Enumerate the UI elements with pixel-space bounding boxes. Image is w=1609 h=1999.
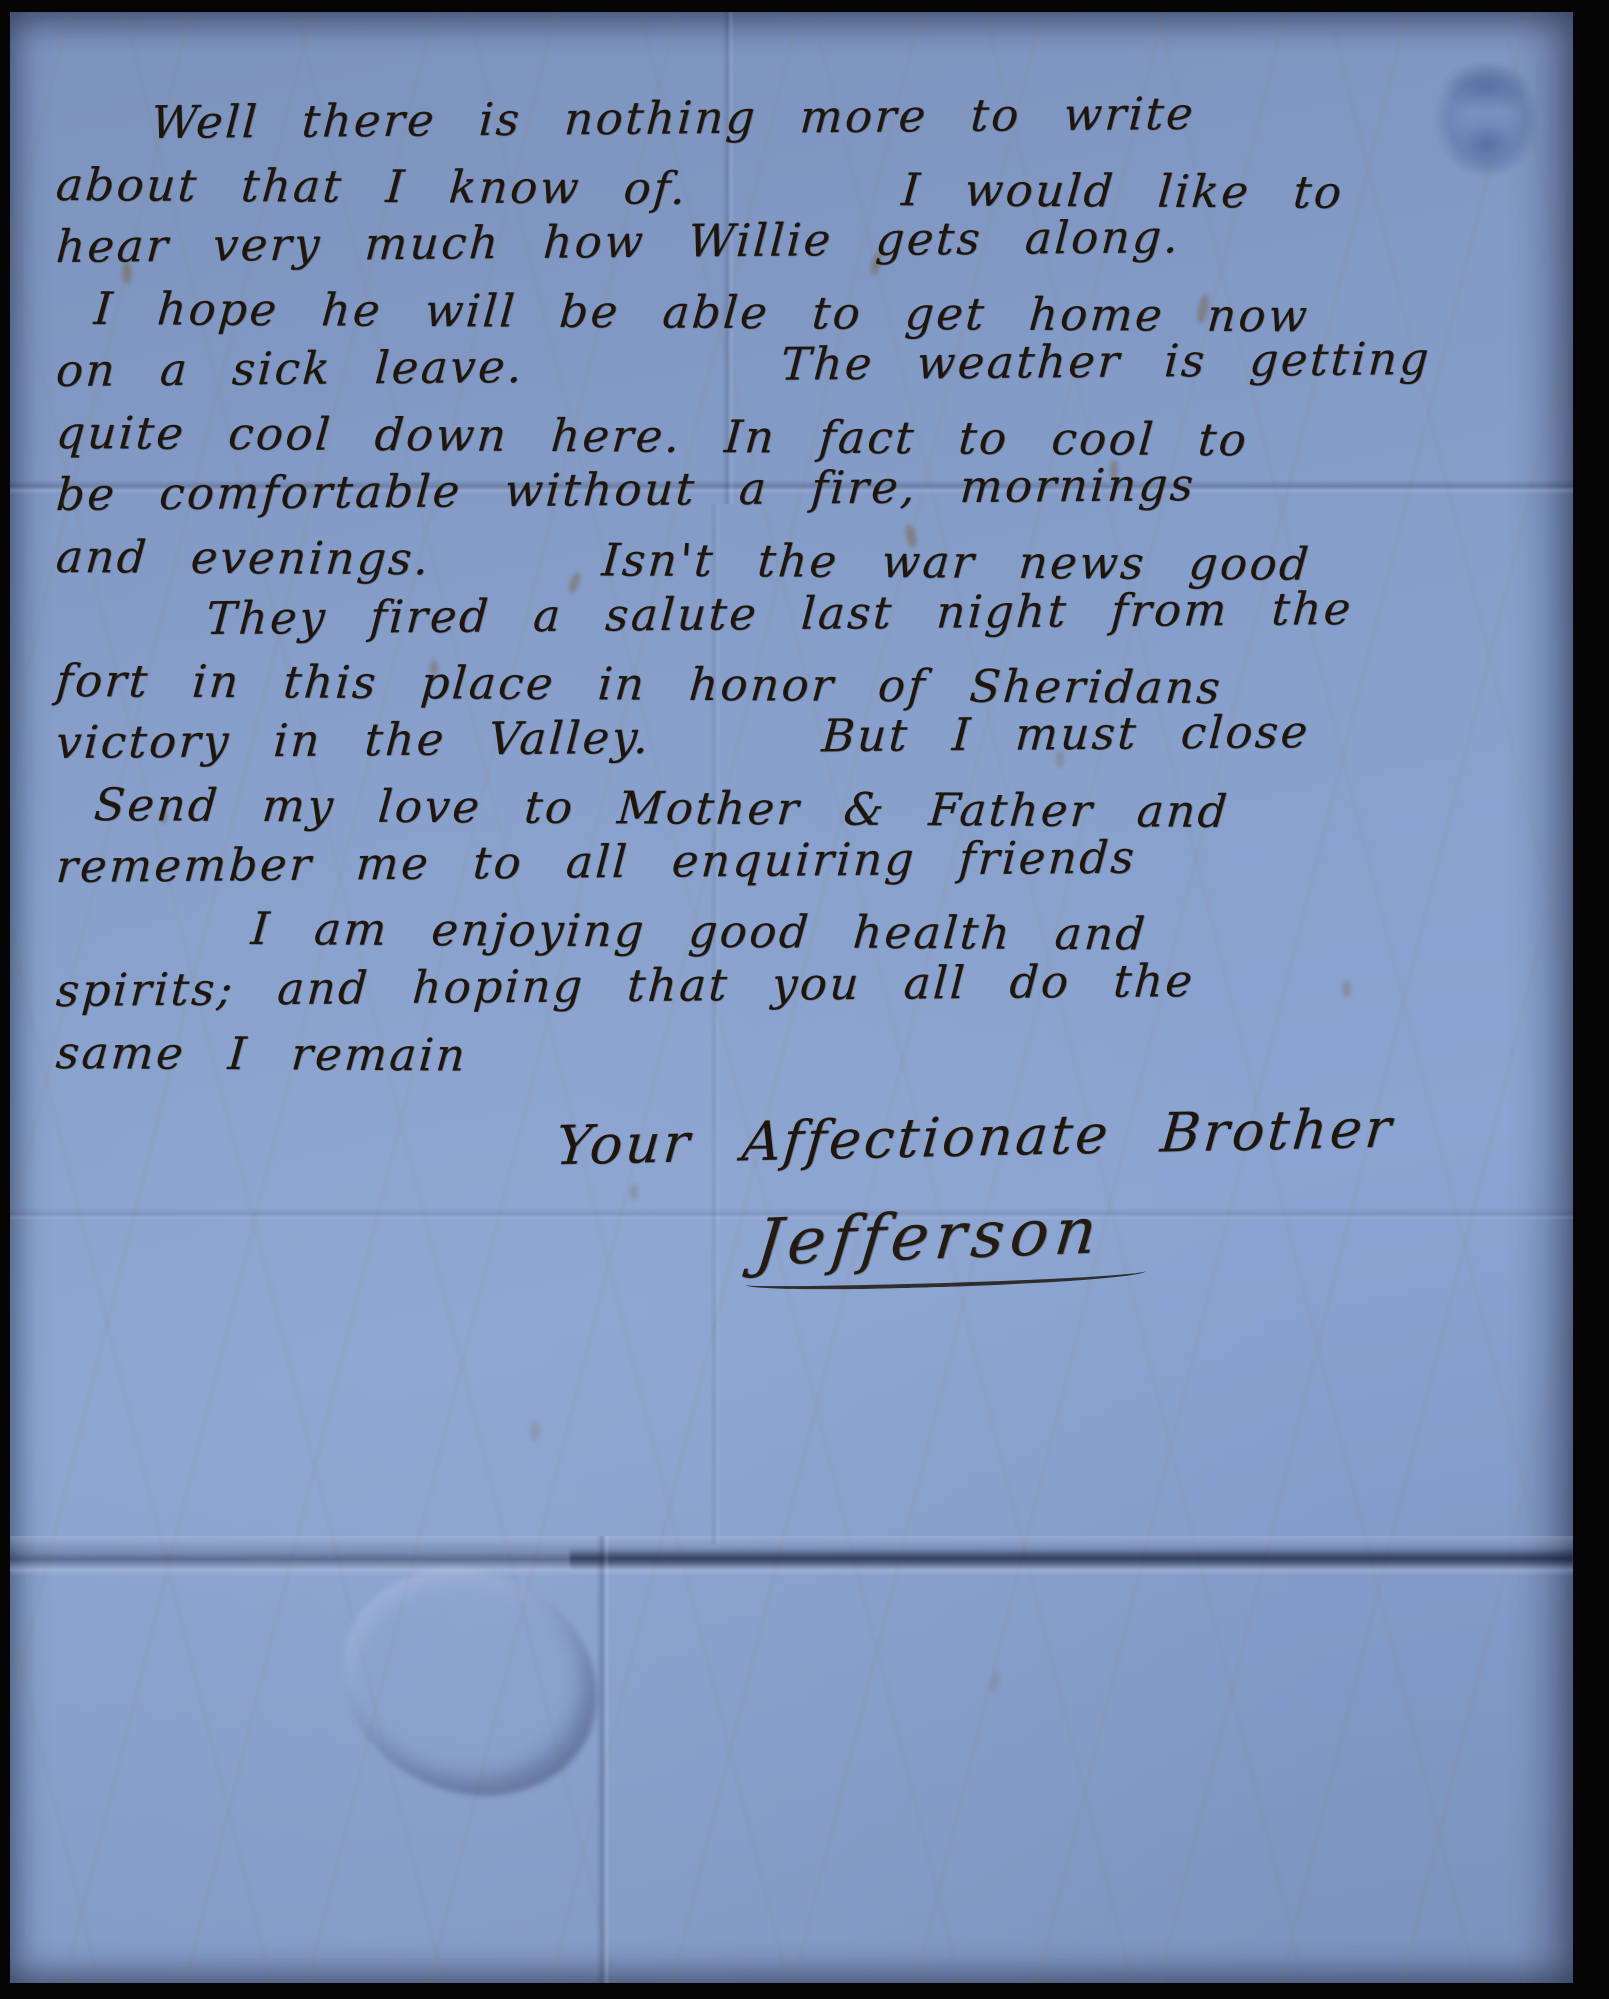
stain-mark — [530, 1420, 540, 1440]
letter-line: be comfortable without a fire, mornings — [54, 453, 1531, 528]
letter-page: Well there is nothing more to write abou… — [10, 12, 1573, 1983]
letter-line: victory in the Valley. But I must close — [54, 701, 1531, 776]
closing-line: Your Affectionate Brother — [553, 1094, 1531, 1178]
letter-line: on a sick leave. The weather is getting — [54, 329, 1531, 404]
letter-text: Well there is nothing more to write abou… — [56, 94, 1529, 1287]
letter-line: remember me to all enquiring friends — [54, 825, 1531, 900]
letter-line: Well there is nothing more to write — [149, 82, 1531, 156]
scanned-letter-background: Well there is nothing more to write abou… — [0, 0, 1609, 1999]
letter-line: spirits; and hoping that you all do the — [54, 949, 1531, 1024]
letter-line: They fired a salute last night from the — [204, 578, 1531, 652]
letter-line: same I remain — [54, 1024, 1532, 1095]
letter-line: hear very much how Willie gets along. — [54, 205, 1531, 280]
